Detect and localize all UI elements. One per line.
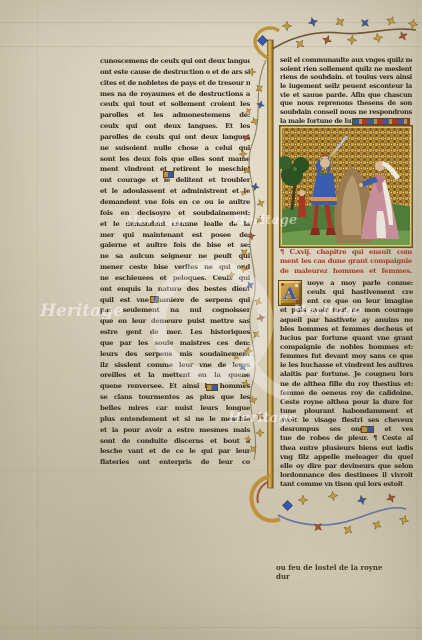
miniature-lady-hand bbox=[359, 183, 363, 187]
leaf-ornament bbox=[240, 378, 250, 388]
text-line: thea entre plusieurs biens eut iadis bbox=[280, 444, 413, 453]
text-line: aqueil par hastivete ay anuins no bbox=[280, 316, 413, 325]
leaf-ornament bbox=[293, 37, 307, 51]
leaf-ornament bbox=[244, 347, 252, 355]
miniature-tree-leaf-dot bbox=[293, 167, 297, 171]
text-line: tant comme vn tison qui lors estoit bbox=[280, 480, 413, 489]
miniature-knight-belt bbox=[311, 197, 337, 201]
text-line: ment les cas dune grant compaignie bbox=[280, 257, 412, 266]
leaf-ornament bbox=[249, 116, 260, 127]
leaf-ornament bbox=[253, 214, 264, 225]
text-line: lucius par fortune quant vne grant bbox=[280, 334, 413, 343]
paraph-mark bbox=[206, 384, 218, 391]
leaf-ornament bbox=[321, 34, 333, 46]
leaf-ornament bbox=[241, 132, 252, 143]
blue-diamond-ornament bbox=[283, 501, 293, 511]
bottom-branch-stem bbox=[278, 508, 406, 525]
leaf-ornament bbox=[255, 198, 266, 209]
leaf-ornament bbox=[247, 231, 257, 241]
text-line: vng filz appelle meleager du quel bbox=[280, 453, 413, 462]
leaf-ornament bbox=[407, 18, 418, 29]
text-line: et puis avoir tout ne mon courage bbox=[280, 306, 413, 315]
leaf-ornament bbox=[311, 520, 325, 534]
leaf-ornament bbox=[385, 492, 398, 505]
text-line: ¶ C.xvij. chapitre qui ensuit com bbox=[280, 248, 412, 257]
gold-bar bbox=[268, 40, 274, 488]
leaf-ornament bbox=[347, 35, 357, 45]
leaf-ornament bbox=[341, 523, 354, 536]
catchword: ou feu de lostel de la royne dur bbox=[276, 563, 396, 581]
leaf-ornament bbox=[244, 106, 253, 115]
text-line: desrompus ses ongles et ves bbox=[280, 425, 413, 434]
leaf-ornament bbox=[397, 30, 410, 43]
miniature bbox=[279, 125, 413, 248]
leaf-ornament bbox=[237, 361, 249, 373]
leaf-ornament bbox=[298, 495, 308, 505]
text-line: femmes fut devant moy sans ce que bbox=[280, 352, 413, 361]
text-line: Ceste royne althea pour la dure for bbox=[280, 398, 413, 407]
text-line: de maleurez hommes et femmes. bbox=[280, 267, 412, 276]
blue-diamond-ornament bbox=[258, 36, 268, 46]
text-line: tue de robes de pleur. ¶ Ceste al bbox=[280, 434, 413, 443]
paraph-mark bbox=[150, 296, 159, 303]
text-line: ne de althea fille du roy thestius et: bbox=[280, 380, 413, 389]
leaf-ornament bbox=[241, 165, 253, 177]
leaf-ornament bbox=[239, 189, 247, 197]
text-line: alaitis par fortune. Je cougneu lors bbox=[280, 370, 413, 379]
leaf-ornament bbox=[307, 16, 319, 28]
leaf-ornament bbox=[239, 264, 248, 273]
bottom-curl-accent bbox=[257, 482, 268, 503]
text-line: tune plourant habondamment et bbox=[280, 407, 413, 416]
right-body-column: uoye a moy parle conme:ceulx qui hastive… bbox=[280, 279, 413, 489]
leaf-ornament bbox=[282, 21, 292, 31]
leaf-ornament bbox=[232, 352, 241, 361]
miniature-attendant-robe bbox=[298, 196, 306, 217]
leaf-ornament bbox=[254, 411, 265, 422]
leaf-ornament bbox=[256, 428, 265, 437]
leaf-ornament bbox=[247, 443, 259, 455]
text-line: femme de oeneus roy de calidoine. bbox=[280, 389, 413, 398]
text-line: ie les huchasse et vindrent les aultres bbox=[280, 361, 413, 370]
text-line: elle oy dire par devineurs que selon bbox=[280, 462, 413, 471]
leaf-ornament bbox=[238, 247, 250, 259]
leaf-ornament bbox=[244, 280, 255, 291]
text-line: avoit le visage flestri ses cheveux bbox=[280, 416, 413, 425]
leaf-ornament bbox=[333, 15, 346, 28]
leaf-ornament bbox=[256, 313, 266, 323]
top-curl-flourish bbox=[255, 28, 279, 58]
leaf-ornament bbox=[398, 514, 410, 526]
text-line: uoye a moy parle conme: bbox=[280, 279, 413, 288]
manuscript-photo: cunoscemens de ceulx qui ont deux langue… bbox=[0, 0, 422, 640]
text-line: compaignie de nobles hommes et: bbox=[280, 343, 413, 352]
text-line: ent ce que on leur imagine bbox=[280, 297, 413, 306]
leaf-ornament bbox=[228, 271, 236, 279]
paraph-mark bbox=[163, 171, 174, 178]
top-branch-stem bbox=[268, 29, 416, 52]
text-line: ceulx qui hastivement cre bbox=[280, 288, 413, 297]
leaf-ornament bbox=[358, 16, 372, 30]
leaf-ornament bbox=[255, 100, 265, 110]
paraph-mark bbox=[361, 426, 374, 433]
rubric: ¶ C.xvij. chapitre qui ensuit comment le… bbox=[280, 248, 412, 276]
leaf-ornament bbox=[248, 395, 259, 406]
leaf-ornament bbox=[356, 494, 368, 506]
text-line: lordonnance des destinees il vivroit bbox=[280, 471, 413, 480]
miniature-knight-head bbox=[320, 158, 330, 168]
leaf-ornament bbox=[239, 150, 248, 159]
leaf-ornament bbox=[372, 32, 383, 43]
leaf-ornament bbox=[244, 435, 251, 442]
leaf-ornament bbox=[385, 15, 398, 28]
leaf-ornament bbox=[248, 68, 256, 76]
text-line: bles hommes et femmes decheus et bbox=[280, 325, 413, 334]
leaf-ornament bbox=[328, 491, 339, 502]
miniature-attendant-head bbox=[299, 190, 305, 196]
leaf-ornament bbox=[371, 519, 384, 532]
